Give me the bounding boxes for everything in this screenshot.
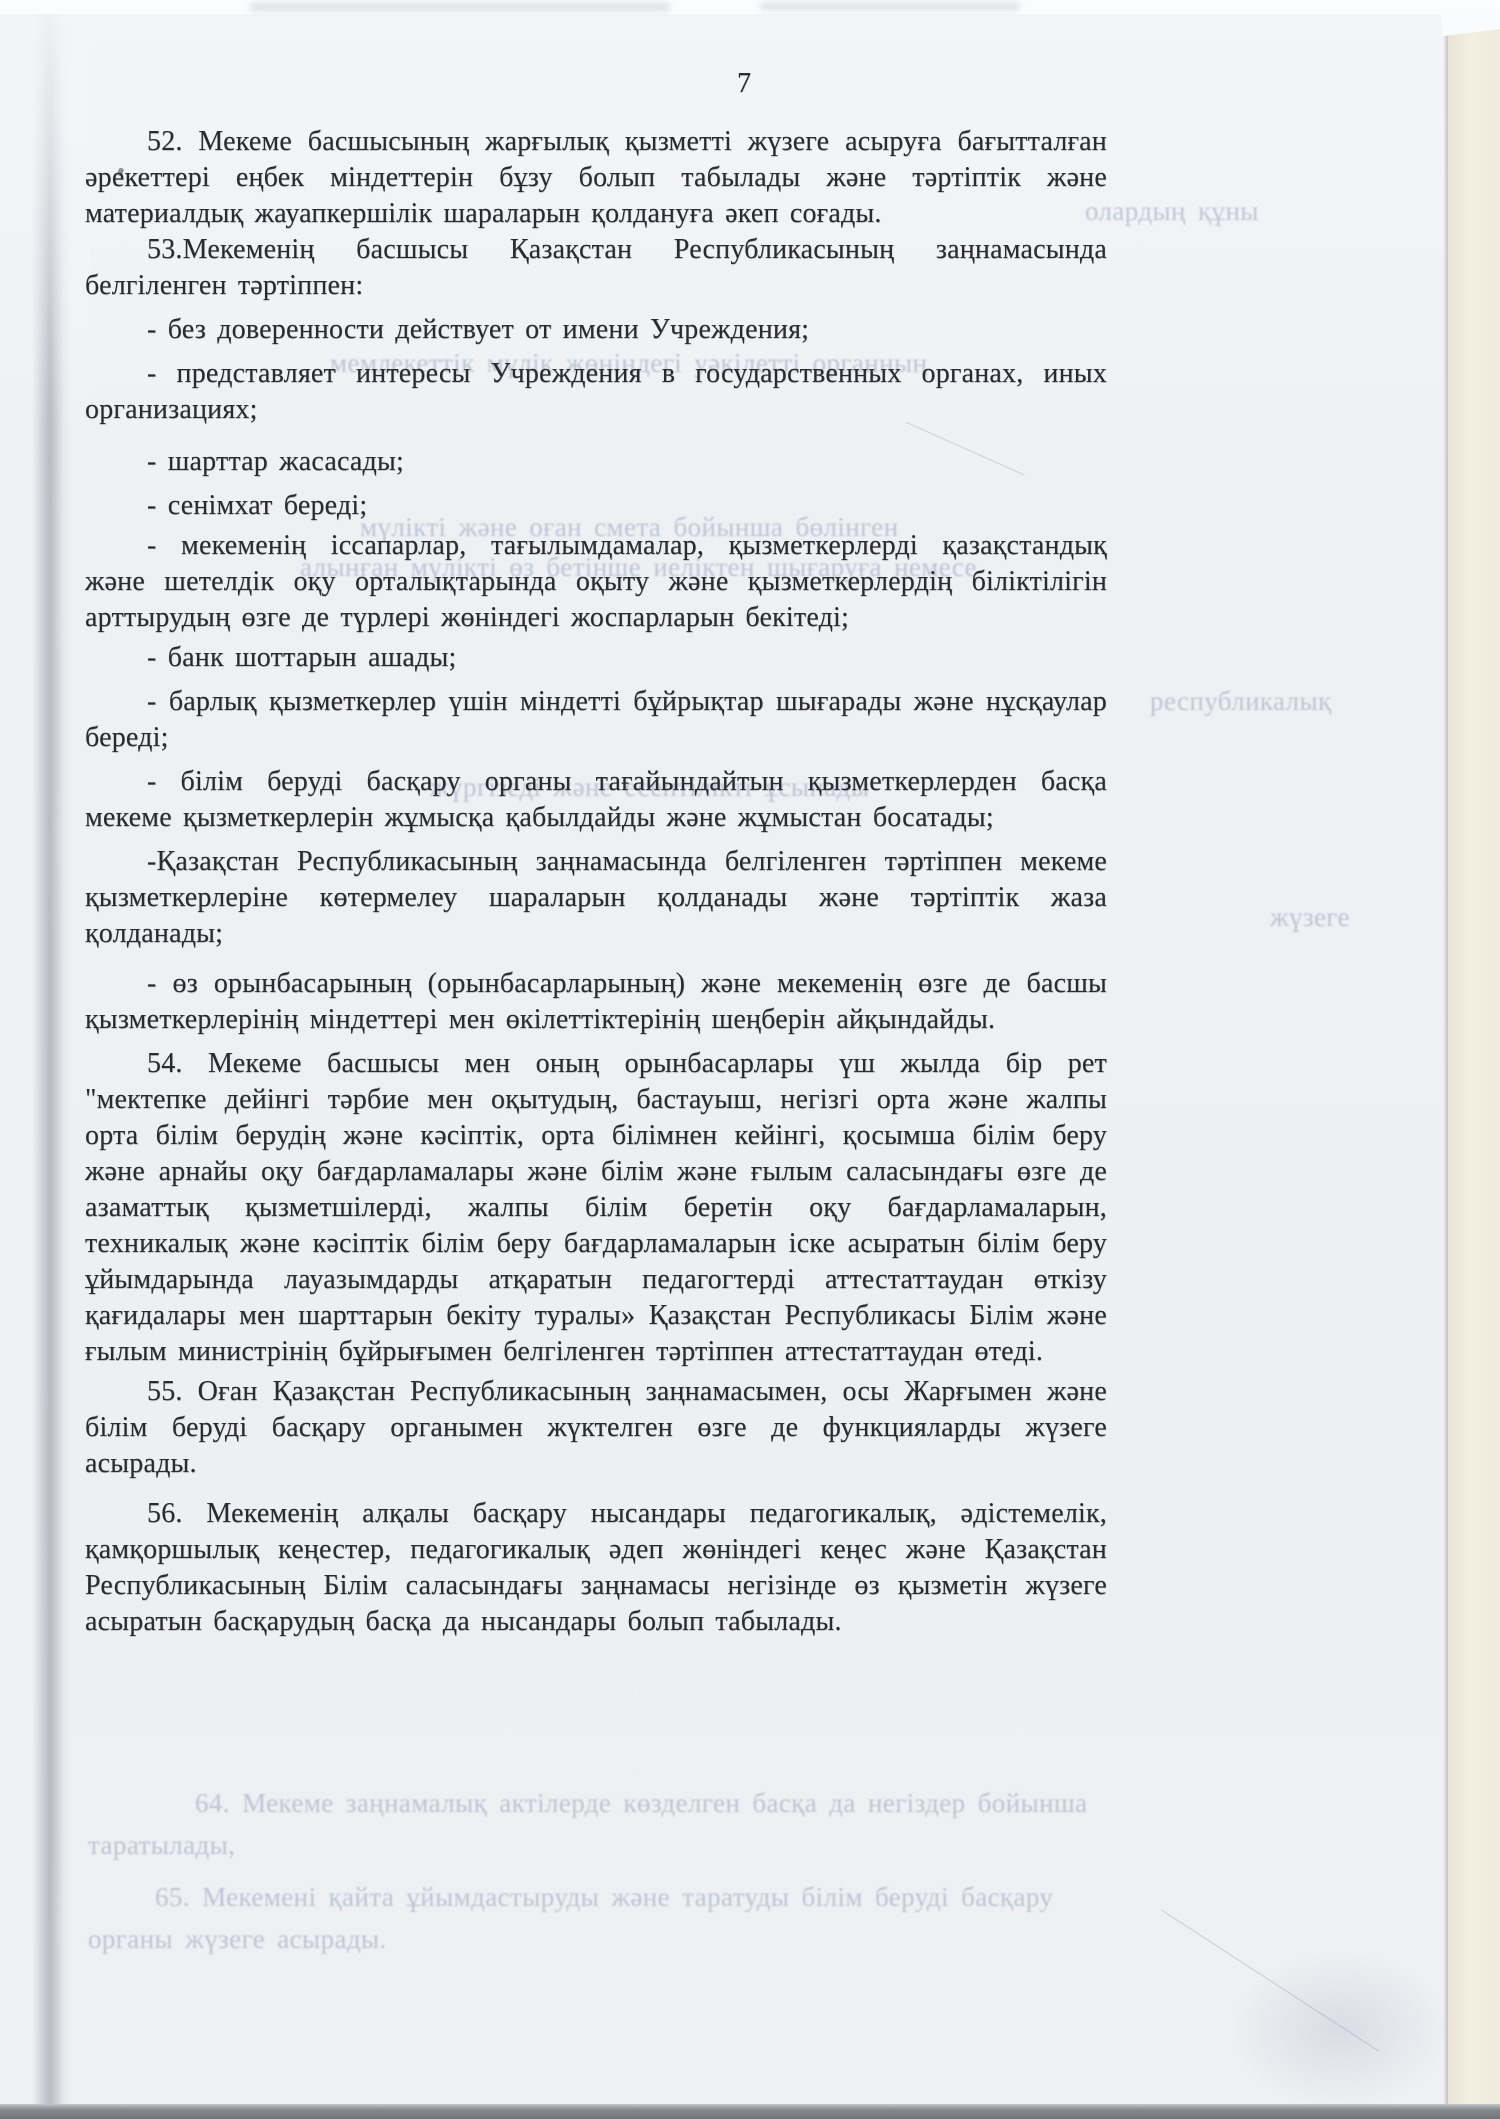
list-item-3: - шарттар жасасады; (85, 444, 1107, 480)
bleed-through-line: 64. Мекеме заңнамалық актілерде көзделге… (195, 1788, 1088, 1819)
list-item-2: - представляет интересы Учреждения в гос… (85, 356, 1107, 428)
list-item-4: - сенімхат береді; (85, 488, 1107, 524)
list-item-9: -Қазақстан Республикасының заңнамасында … (85, 844, 1107, 952)
bleed-through-line: олардың құны (1085, 196, 1259, 227)
list-item-8: - білім беруді басқару органы тағайындай… (85, 764, 1107, 836)
bleed-through-line: органы жүзеге асырады. (88, 1924, 387, 1955)
paragraph-54: 54. Мекеме басшысы мен оның орынбасарлар… (85, 1046, 1107, 1370)
document-body: 52. Мекеме басшысының жарғылық қызметті … (85, 124, 1107, 1640)
list-item-6: - банк шоттарын ашады; (85, 640, 1107, 676)
bleed-through-line: таратылады, (88, 1830, 235, 1861)
bleed-through-line: 65. Мекемені қайта ұйымдастыруды және та… (155, 1882, 1053, 1913)
list-item-7: - барлық қызметкерлер үшін міндетті бұйр… (85, 684, 1107, 756)
bleed-through-line: республикалық (1150, 686, 1332, 717)
list-item-10: - өз орынбасарының (орынбасарларының) жә… (85, 966, 1107, 1038)
scan-smudge (760, 2, 1020, 11)
paragraph-52: 52. Мекеме басшысының жарғылық қызметті … (85, 124, 1107, 232)
paragraph-56: 56. Мекеменің алқалы басқару нысандары п… (85, 1496, 1107, 1640)
page-curl-shadow (1230, 1950, 1450, 2110)
list-item-5: - мекеменің іссапарлар, тағылымдамалар, … (85, 528, 1107, 636)
scan-top-edge (0, 0, 1500, 14)
scanned-document-page: 7 олардың құны мемлекеттік мүлік жөнінде… (0, 0, 1500, 2119)
bleed-through-line: жүзеге (1270, 902, 1350, 933)
next-page-edge (1448, 0, 1500, 2119)
scan-smudge (250, 2, 670, 12)
spine-top-fade (0, 0, 90, 420)
scan-bottom-edge (0, 2104, 1500, 2119)
page-right-edge-line (1444, 0, 1448, 2119)
page-number: 7 (724, 68, 764, 100)
paragraph-53: 53.Мекеменің басшысы Қазақстан Республик… (85, 232, 1107, 304)
paragraph-55: 55. Оған Қазақстан Республикасының заңна… (85, 1374, 1107, 1482)
list-item-1: - без доверенности действует от имени Уч… (85, 312, 1107, 348)
